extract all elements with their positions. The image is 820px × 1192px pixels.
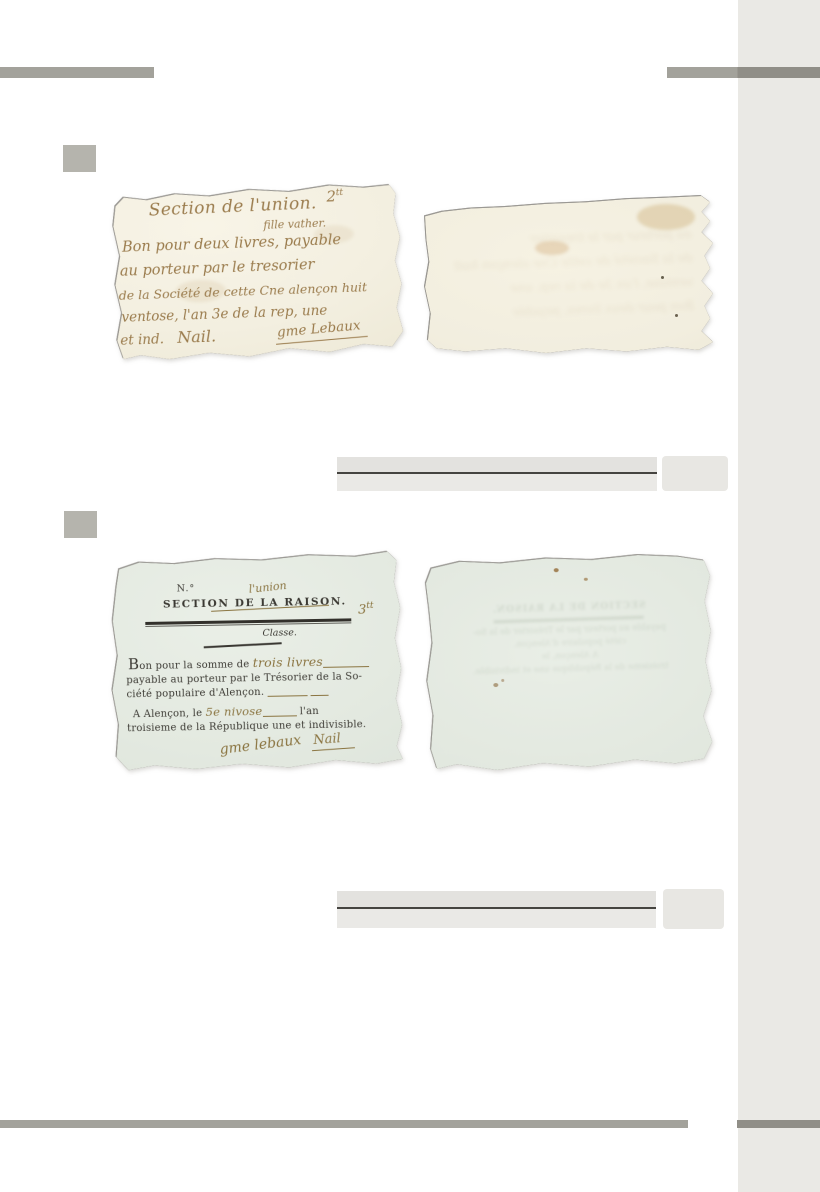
- show-through-text: SECTION DE LA RAISON. payable au porteur…: [440, 570, 700, 757]
- note2-body-line: ciété populaire d'Alençon.: [126, 686, 329, 701]
- paper-stain: [637, 204, 695, 230]
- lot1-note-front-image: Section de l'union. 2tt fille vather. Bo…: [112, 183, 404, 361]
- paper-speck: [584, 578, 588, 581]
- lot1-number-box: [63, 145, 96, 172]
- lot2-note-back-image: SECTION DE LA RAISON. payable au porteur…: [426, 554, 716, 771]
- note1-denomination: 2tt: [326, 187, 343, 206]
- note2-heading-correction: l'union: [248, 579, 287, 596]
- lot2-price-box: [663, 889, 724, 929]
- lot1-note-back-image: au porteur par le tresorier de la Sociét…: [425, 196, 713, 353]
- paper-speck: [493, 683, 498, 687]
- note2-denomination: 3tt: [358, 601, 374, 618]
- note1-body-line: Bon pour deux livres, payable: [122, 232, 342, 256]
- lot1-estimate-bar-upper: [337, 457, 657, 472]
- note2-body-line: A Alençon, le 5e nivose l'an: [133, 703, 319, 720]
- footer-rule-right: [737, 1120, 820, 1128]
- note1-body-line: de la Société de cette Cne alençon huit: [118, 279, 367, 303]
- lot2-estimate-bar-lower: [337, 909, 656, 928]
- show-through-text: au porteur par le tresorier de la Sociét…: [443, 222, 695, 338]
- lot2-estimate-bar-upper: [337, 891, 656, 907]
- note2-short-rule: [204, 642, 282, 648]
- header-rule-right: [667, 67, 820, 78]
- note2-body-line: payable au porteur par le Trésorier de l…: [126, 671, 362, 686]
- paper-speck: [554, 568, 559, 572]
- page-margin-column: [738, 0, 820, 1192]
- note1-signature-nail: Nail.: [177, 327, 216, 347]
- footer-rule-left: [0, 1120, 688, 1128]
- header-rule-left: [0, 67, 154, 78]
- note2-number-label: N.°: [177, 583, 196, 594]
- lot2-note-front-image: N.° SECTION DE LA RAISON. l'union 3tt Cl…: [110, 551, 406, 772]
- note1-title: Section de l'union.: [148, 193, 317, 220]
- note2-body-line: Bon pour la somme de trois livres: [128, 651, 369, 673]
- note1-body-line: et ind.: [120, 331, 164, 349]
- note2-signature-lebaux: gme lebaux: [219, 732, 302, 758]
- note1-body-line: au porteur par le tresorier: [120, 257, 315, 280]
- paper-speck: [501, 679, 504, 682]
- paper-speck: [675, 314, 678, 317]
- lot1-estimate-bar-lower: [337, 474, 657, 491]
- paper-speck: [661, 276, 664, 279]
- note2-signature-nail: Nail: [311, 730, 356, 751]
- lot1-price-box: [662, 456, 728, 491]
- lot2-number-box: [64, 511, 97, 538]
- note1-annotation: fille vather.: [263, 217, 326, 232]
- note2-thick-rule: [145, 618, 351, 627]
- paper-stain: [535, 241, 569, 255]
- note2-classe-label: Classe.: [262, 627, 297, 639]
- note1-signature-lebaux: gme Lebaux: [274, 317, 367, 345]
